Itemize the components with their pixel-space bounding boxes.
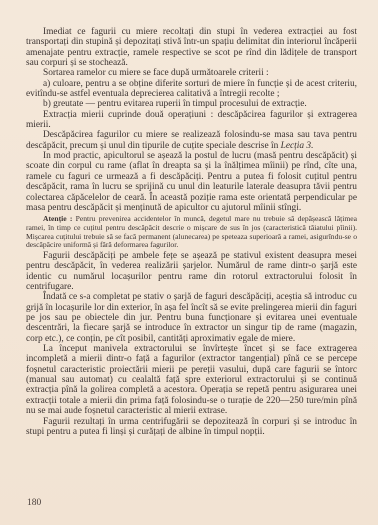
paragraph-practical: In mod practic, apicultorul se așează la… (26, 151, 357, 213)
page-number: 180 (27, 498, 41, 508)
note-text: Pentru prevenirea accidentelor în muncă,… (26, 214, 357, 249)
note-label: Atenție : (43, 214, 72, 223)
list-item-color: a) culoare, pentru a se obține diferite … (26, 79, 357, 100)
body-text: Imediat ce fagurii cu miere recoltați di… (26, 27, 357, 437)
safety-note: Atenție : Pentru prevenirea accidentelor… (26, 215, 357, 250)
paragraph-sorting-criteria: Sortarea ramelor cu miere se face după u… (26, 68, 357, 78)
paragraph-batches: Fagurii descăpăciți pe ambele fețe se aș… (26, 251, 357, 292)
paragraph-loading: Îndată ce s-a completat pe stativ o șarj… (26, 292, 357, 344)
paragraph-intro: Imediat ce fagurii cu miere recoltați di… (26, 27, 357, 68)
paragraph-uncapping: Descăpăcirea fagurilor cu miere se reali… (26, 130, 357, 151)
book-page: Imediat ce fagurii cu miere recoltați di… (0, 0, 378, 525)
list-item-weight: b) greutate — pentru evitarea ruperii în… (26, 99, 357, 109)
paragraph-centrifuge: La început manivela extractorului se înv… (26, 344, 357, 416)
paragraph-return-combs: Fagurii rezultați în urma centrifugării … (26, 417, 357, 438)
paragraph-extraction-operations: Extracția mierii cuprinde două operațiun… (26, 110, 357, 131)
lesson-reference: Lecția 3. (281, 141, 314, 151)
